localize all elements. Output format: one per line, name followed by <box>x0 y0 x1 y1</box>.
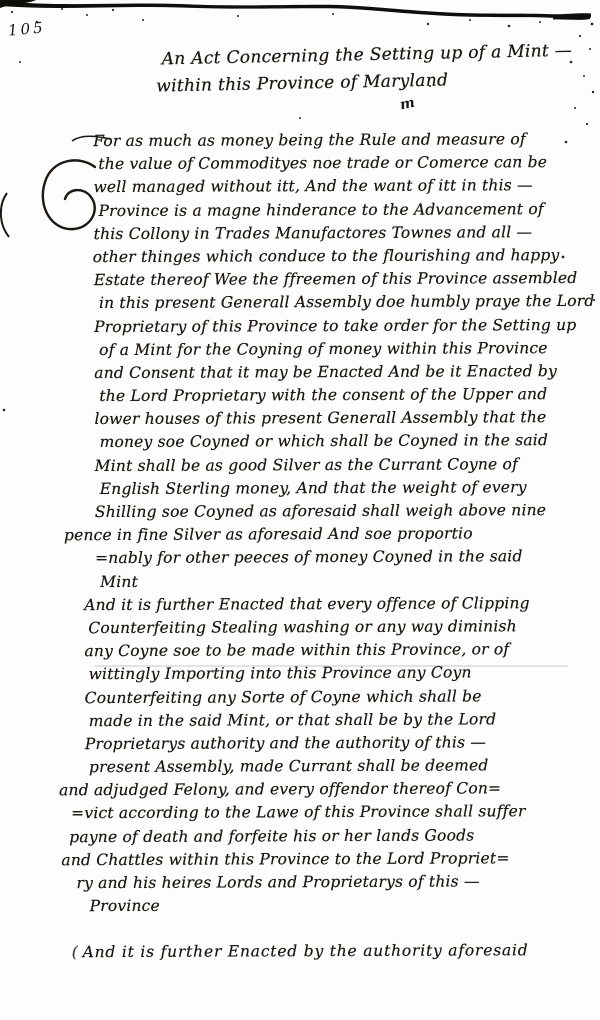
manuscript-line: money soe Coyned or which shall be Coyne… <box>99 429 575 454</box>
manuscript-line: pence in fine Silver as aforesaid And so… <box>64 522 576 547</box>
ink-mark-below-title: m <box>398 95 416 114</box>
manuscript-line: wittingly Importing into this Province a… <box>89 661 577 686</box>
document-title: An Act Concerning the Setting up of a Mi… <box>161 38 582 101</box>
manuscript-line: payne of death and forfeite his or her l… <box>69 824 577 849</box>
manuscript-line: For as much as money being the Rule and … <box>93 128 574 153</box>
manuscript-body: For as much as money being the Rule and … <box>98 128 578 965</box>
manuscript-line: other thinges which conduce to the flour… <box>93 244 575 269</box>
manuscript-line: and Chattles within this Province to the… <box>61 847 577 872</box>
manuscript-line: =vict according to the Lawe of this Prov… <box>71 800 577 825</box>
manuscript-line: and Consent that it may be Enacted And b… <box>94 360 575 385</box>
page-number: 105 <box>7 18 46 39</box>
manuscript-page: 105 An Act Concerning the Setting up of … <box>0 0 600 1020</box>
manuscript-line: any Coyne soe to be made within this Pro… <box>84 638 576 663</box>
manuscript-line: lower houses of this present Generall As… <box>94 406 575 431</box>
paragraph-3: (And it is further Enacted by the author… <box>72 939 578 964</box>
torn-scan-edge-icon <box>0 0 591 20</box>
opening-spiral-flourish-icon <box>43 160 95 229</box>
manuscript-line: Proprietary of this Province to take ord… <box>94 313 575 338</box>
paragraph-1: For as much as money being the Rule and … <box>98 128 576 594</box>
manuscript-line: Shilling soe Coyned as aforesaid shall w… <box>95 499 576 524</box>
manuscript-line: Province <box>90 893 578 918</box>
manuscript-line: ry and his heires Lords and Proprietarys… <box>76 870 577 895</box>
closing-line: And it is further Enacted by the authori… <box>83 942 529 962</box>
manuscript-line: English Sterling money, And that the wei… <box>100 476 576 501</box>
manuscript-line: the Lord Proprietary with the consent of… <box>99 383 575 408</box>
manuscript-line: of a Mint for the Coyning of money withi… <box>99 337 575 362</box>
paragraph-2: And it is further Enacted that every off… <box>88 592 577 919</box>
manuscript-line: And it is further Enacted that every off… <box>84 592 576 617</box>
manuscript-line: this Collony in Trades Manufactores Town… <box>94 221 575 246</box>
manuscript-line: Proprietarys authority and the authority… <box>85 731 577 756</box>
manuscript-line: in this present Generall Assembly doe hu… <box>99 290 575 315</box>
manuscript-line: and adjudged Felony, and every offendor … <box>59 777 577 802</box>
manuscript-line: Counterfeiting Stealing washing or any w… <box>88 615 576 640</box>
manuscript-line: Province is a magne hinderance to the Ad… <box>98 198 574 223</box>
manuscript-line: Estate thereof Wee the ffreemen of this … <box>94 267 575 292</box>
manuscript-line: Mint <box>100 569 576 594</box>
paragraph-mark: ( <box>72 944 79 962</box>
manuscript-line: Counterfeiting any Sorte of Coyne which … <box>85 684 577 709</box>
manuscript-line: Mint shall be as good Silver as the Curr… <box>95 453 576 478</box>
left-margin-curve-mark-icon <box>1 193 9 237</box>
manuscript-line: the value of Commodityes noe trade or Co… <box>98 151 574 176</box>
manuscript-line: made in the said Mint, or that shall be … <box>89 708 577 733</box>
manuscript-line: =nably for other peeces of money Coyned … <box>95 545 576 570</box>
manuscript-line: present Assembly, made Currant shall be … <box>89 754 577 779</box>
manuscript-line: well managed without itt, And the want o… <box>93 174 574 199</box>
